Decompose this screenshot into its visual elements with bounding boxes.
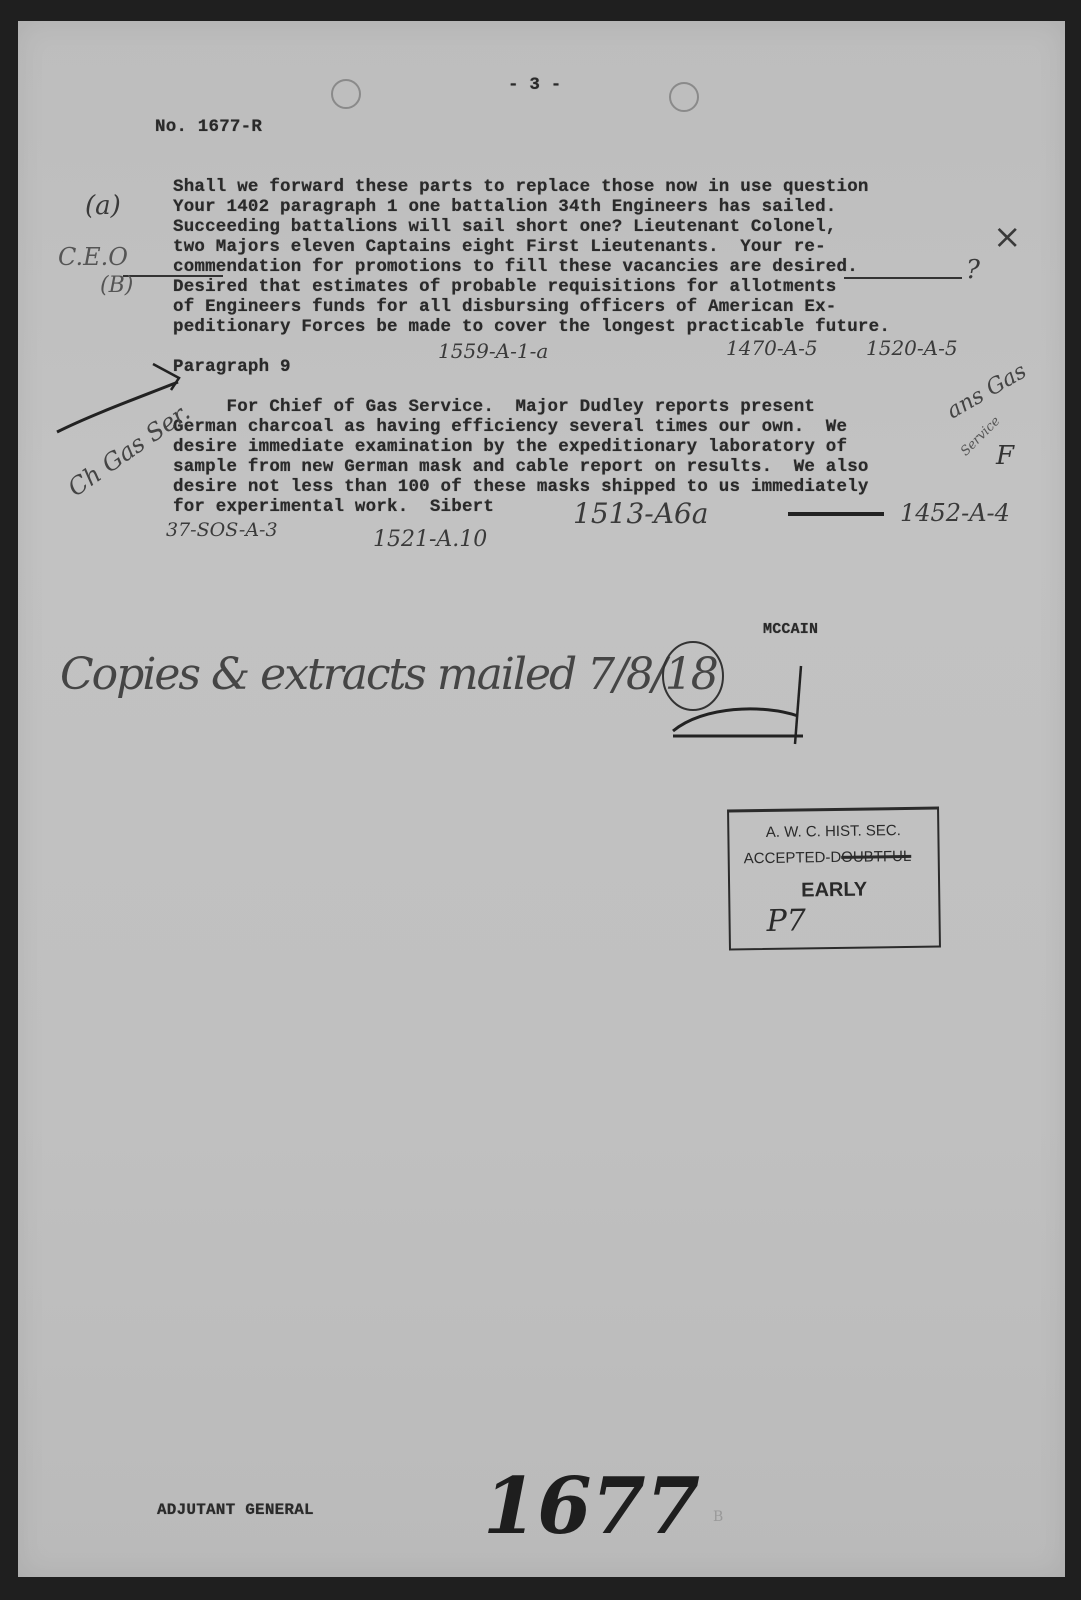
text-line: German charcoal as having efficiency sev… bbox=[173, 417, 847, 437]
punch-hole-left bbox=[331, 79, 361, 109]
copies-mailed-note: Copies & extracts mailed 7/8/18 bbox=[60, 649, 717, 700]
stamp-line-2: ACCEPTED-DOUBTFUL bbox=[744, 848, 938, 868]
struck-out-ref bbox=[788, 512, 884, 516]
reference-number: No. 1677-R bbox=[155, 117, 262, 137]
file-ref: 1520-A-5 bbox=[866, 336, 958, 360]
text-line: Shall we forward these parts to replace … bbox=[173, 177, 869, 197]
text-line: desire immediate examination by the expe… bbox=[173, 437, 847, 457]
file-ref: 1452-A-4 bbox=[900, 499, 1010, 527]
text-line: commendation for promotions to fill thes… bbox=[173, 257, 858, 277]
underline-desired bbox=[844, 277, 962, 279]
stamp-line-1: A. W. C. HIST. SEC. bbox=[729, 822, 937, 842]
file-ref: 37-SOS-A-3 bbox=[166, 519, 278, 541]
file-ref: 1470-A-5 bbox=[726, 336, 818, 360]
text-line: two Majors eleven Captains eight First L… bbox=[173, 237, 826, 257]
file-ref: 1559-A-1-a bbox=[438, 339, 548, 363]
margin-label-b: (B) bbox=[100, 273, 133, 298]
text-line: desire not less than 100 of these masks … bbox=[173, 477, 869, 497]
stamp-handwritten: P7 bbox=[766, 903, 806, 939]
footer-label: ADJUTANT GENERAL bbox=[157, 1501, 314, 1519]
margin-label-ans-gas: ans Gas bbox=[943, 359, 1031, 424]
stamp-struck-word: OUBTFUL bbox=[841, 848, 911, 866]
x-mark: × bbox=[993, 217, 1022, 257]
archive-stamp: A. W. C. HIST. SEC. ACCEPTED-DOUBTFUL EA… bbox=[727, 807, 941, 951]
paragraph-9-heading: Paragraph 9 bbox=[173, 357, 291, 377]
stamp-accepted: ACCEPTED-D bbox=[744, 849, 842, 867]
text-line: Succeeding battalions will sail short on… bbox=[173, 217, 837, 237]
file-ref: 1513-A6a bbox=[573, 497, 708, 530]
margin-label-a: (a) bbox=[85, 191, 121, 221]
margin-label-ceo: C.E.O bbox=[58, 243, 128, 271]
text-line: sample from new German mask and cable re… bbox=[173, 457, 869, 477]
text-line: Desired that estimates of probable requi… bbox=[173, 277, 837, 297]
question-mark: ? bbox=[966, 255, 980, 285]
punch-hole-right bbox=[669, 82, 699, 112]
document-page: - 3 - No. 1677-R Shall we forward these … bbox=[18, 21, 1065, 1577]
stamp-line-3: EARLY bbox=[730, 878, 938, 904]
file-ref: 1521-A.10 bbox=[373, 527, 487, 552]
large-file-number: 1677 bbox=[483, 1461, 700, 1552]
text-line: Your 1402 paragraph 1 one battalion 34th… bbox=[173, 197, 837, 217]
small-mark: B bbox=[713, 1509, 723, 1525]
margin-label-f: F bbox=[996, 441, 1014, 471]
initials-scribble bbox=[643, 636, 823, 746]
text-line: peditionary Forces be made to cover the … bbox=[173, 317, 890, 337]
text-line: of Engineers funds for all disbursing of… bbox=[173, 297, 837, 317]
page-number: - 3 - bbox=[508, 75, 562, 95]
text-line: for experimental work. Sibert bbox=[173, 497, 494, 517]
text-line: For Chief of Gas Service. Major Dudley r… bbox=[173, 397, 815, 417]
